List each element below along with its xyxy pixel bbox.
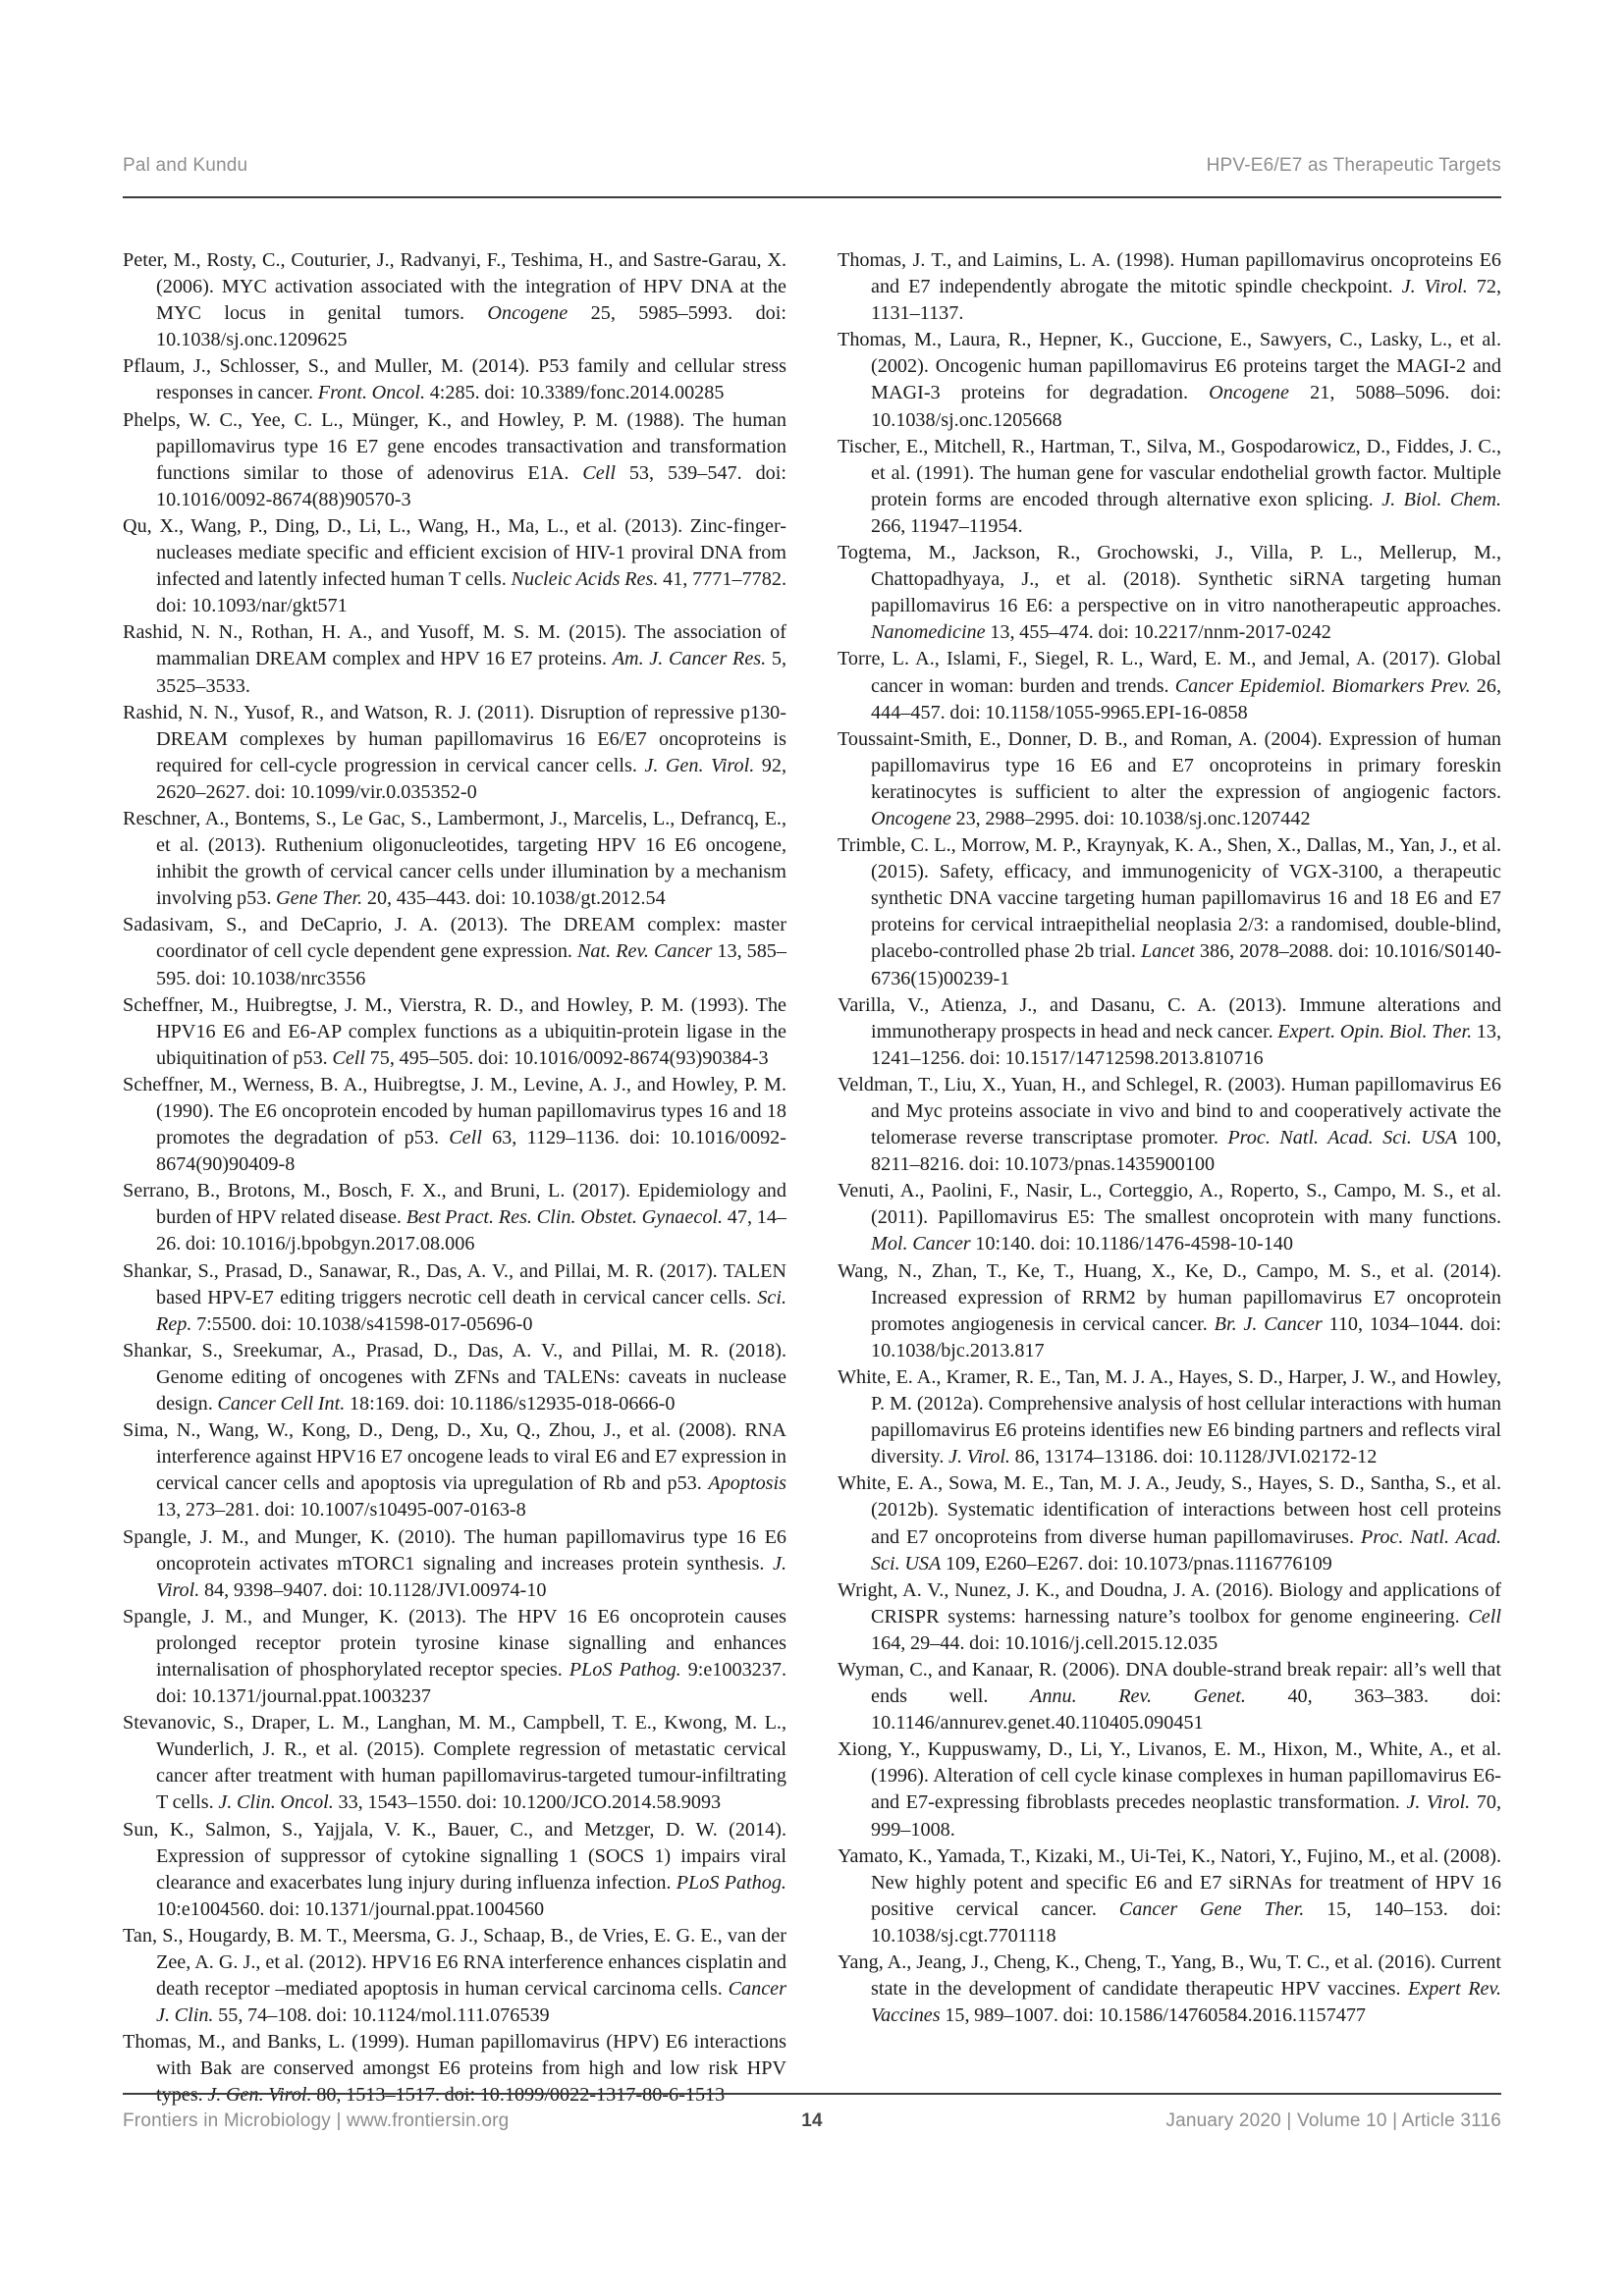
reference-entry: Sun, K., Salmon, S., Yajjala, V. K., Bau… — [123, 1817, 786, 1923]
footer-page-number: 14 — [801, 2110, 823, 2132]
reference-entry: White, E. A., Kramer, R. E., Tan, M. J. … — [838, 1364, 1501, 1470]
reference-entry: Tan, S., Hougardy, B. M. T., Meersma, G.… — [123, 1923, 786, 2029]
header-rule — [123, 196, 1501, 198]
reference-entry: Xiong, Y., Kuppuswamy, D., Li, Y., Livan… — [838, 1736, 1501, 1842]
reference-entry: Veldman, T., Liu, X., Yuan, H., and Schl… — [838, 1072, 1501, 1178]
references-column-left: Peter, M., Rosty, C., Couturier, J., Rad… — [123, 247, 786, 2109]
running-head: Pal and Kundu HPV-E6/E7 as Therapeutic T… — [123, 155, 1501, 177]
reference-entry: Yang, A., Jeang, J., Cheng, K., Cheng, T… — [838, 1949, 1501, 2029]
reference-entry: Torre, L. A., Islami, F., Siegel, R. L.,… — [838, 646, 1501, 725]
footer-journal: Frontiers in Microbiology | www.frontier… — [123, 2110, 509, 2132]
running-head-authors: Pal and Kundu — [123, 155, 247, 177]
footer-issue-info: January 2020 | Volume 10 | Article 3116 — [1165, 2110, 1501, 2132]
reference-entry: Rashid, N. N., Yusof, R., and Watson, R.… — [123, 700, 786, 806]
reference-entry: Varilla, V., Atienza, J., and Dasanu, C.… — [838, 992, 1501, 1072]
reference-entry: Venuti, A., Paolini, F., Nasir, L., Cort… — [838, 1178, 1501, 1257]
reference-entry: Tischer, E., Mitchell, R., Hartman, T., … — [838, 434, 1501, 540]
reference-entry: Thomas, M., and Banks, L. (1999). Human … — [123, 2029, 786, 2109]
running-head-title: HPV-E6/E7 as Therapeutic Targets — [1207, 155, 1501, 177]
reference-entry: Scheffner, M., Huibregtse, J. M., Vierst… — [123, 992, 786, 1072]
reference-entry: Togtema, M., Jackson, R., Grochowski, J.… — [838, 540, 1501, 646]
reference-entry: Trimble, C. L., Morrow, M. P., Kraynyak,… — [838, 832, 1501, 992]
reference-entry: Pflaum, J., Schlosser, S., and Muller, M… — [123, 353, 786, 406]
reference-entry: Peter, M., Rosty, C., Couturier, J., Rad… — [123, 247, 786, 353]
reference-entry: Rashid, N. N., Rothan, H. A., and Yusoff… — [123, 619, 786, 699]
reference-entry: Shankar, S., Prasad, D., Sanawar, R., Da… — [123, 1258, 786, 1338]
reference-entry: Thomas, J. T., and Laimins, L. A. (1998)… — [838, 247, 1501, 327]
reference-entry: Spangle, J. M., and Munger, K. (2010). T… — [123, 1524, 786, 1604]
reference-entry: Serrano, B., Brotons, M., Bosch, F. X., … — [123, 1178, 786, 1257]
reference-entry: Sadasivam, S., and DeCaprio, J. A. (2013… — [123, 912, 786, 991]
footer-rule — [123, 2093, 1501, 2095]
reference-entry: Wright, A. V., Nunez, J. K., and Doudna,… — [838, 1577, 1501, 1657]
reference-entry: Wang, N., Zhan, T., Ke, T., Huang, X., K… — [838, 1258, 1501, 1364]
reference-entry: Sima, N., Wang, W., Kong, D., Deng, D., … — [123, 1417, 786, 1523]
reference-entry: Scheffner, M., Werness, B. A., Huibregts… — [123, 1072, 786, 1178]
reference-entry: Stevanovic, S., Draper, L. M., Langhan, … — [123, 1710, 786, 1816]
page: Pal and Kundu HPV-E6/E7 as Therapeutic T… — [0, 0, 1624, 2296]
reference-entry: Spangle, J. M., and Munger, K. (2013). T… — [123, 1604, 786, 1710]
reference-entry: Reschner, A., Bontems, S., Le Gac, S., L… — [123, 806, 786, 912]
reference-entry: Yamato, K., Yamada, T., Kizaki, M., Ui-T… — [838, 1843, 1501, 1949]
reference-entry: Thomas, M., Laura, R., Hepner, K., Gucci… — [838, 327, 1501, 433]
reference-entry: Wyman, C., and Kanaar, R. (2006). DNA do… — [838, 1657, 1501, 1736]
reference-entry: Shankar, S., Sreekumar, A., Prasad, D., … — [123, 1338, 786, 1417]
reference-entry: Phelps, W. C., Yee, C. L., Münger, K., a… — [123, 407, 786, 513]
reference-entry: Toussaint-Smith, E., Donner, D. B., and … — [838, 726, 1501, 832]
references-column-right: Thomas, J. T., and Laimins, L. A. (1998)… — [838, 247, 1501, 2109]
references-section: Peter, M., Rosty, C., Couturier, J., Rad… — [123, 247, 1501, 2109]
page-footer: Frontiers in Microbiology | www.frontier… — [123, 2110, 1501, 2132]
reference-entry: Qu, X., Wang, P., Ding, D., Li, L., Wang… — [123, 513, 786, 619]
reference-entry: White, E. A., Sowa, M. E., Tan, M. J. A.… — [838, 1470, 1501, 1576]
